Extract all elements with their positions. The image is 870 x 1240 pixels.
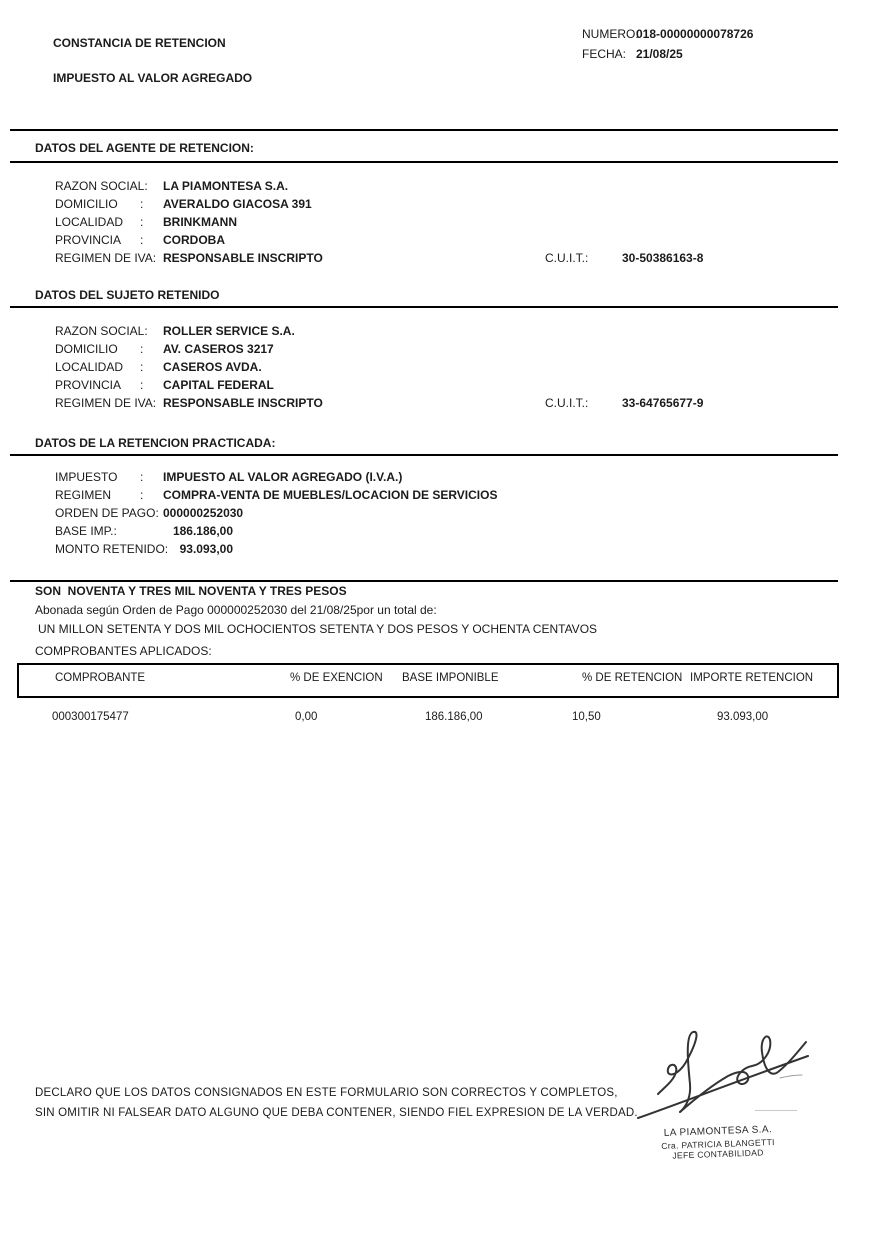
cell-base-imponible: 186.186,00: [425, 711, 483, 723]
field-label: RAZON SOCIAL: [55, 179, 144, 193]
field-value: AVERALDO GIACOSA 391: [163, 197, 312, 211]
fecha-label: FECHA:: [582, 47, 626, 61]
agente-section-heading: DATOS DEL AGENTE DE RETENCION:: [35, 141, 254, 155]
sujeto-cuit-value: 33-64765677-9: [622, 396, 703, 410]
field-row: BASE IMP.:186.186,00: [55, 524, 168, 542]
numero-value: 018-00000000078726: [636, 27, 753, 41]
field-row: PROVINCIA:CAPITAL FEDERAL: [55, 378, 156, 396]
field-row: REGIMEN DE IVA:RESPONSABLE INSCRIPTO: [55, 251, 156, 269]
cell-exencion: 0,00: [295, 711, 317, 723]
field-value: CASEROS AVDA.: [163, 360, 262, 374]
divider: [10, 454, 838, 456]
divider: [10, 580, 838, 582]
field-value: RESPONSABLE INSCRIPTO: [163, 251, 323, 265]
declaration-line-1: DECLARO QUE LOS DATOS CONSIGNADOS EN EST…: [35, 1087, 618, 1099]
field-label: MONTO RETENIDO: [55, 542, 165, 556]
field-label: LOCALIDAD: [55, 360, 140, 374]
sujeto-cuit-label: C.U.I.T.:: [545, 396, 588, 410]
document-title: CONSTANCIA DE RETENCION: [53, 36, 226, 50]
colon: :: [155, 506, 158, 520]
field-row: PROVINCIA:CORDOBA: [55, 233, 156, 251]
field-row: DOMICILIO:AVERALDO GIACOSA 391: [55, 197, 156, 215]
total-in-words-line: UN MILLON SETENTA Y DOS MIL OCHOCIENTOS …: [38, 622, 597, 636]
col-header-exencion: % DE EXENCION: [290, 672, 383, 684]
divider: [10, 129, 838, 131]
agente-cuit-label: C.U.I.T.:: [545, 251, 588, 265]
fecha-value: 21/08/25: [636, 47, 683, 61]
cell-importe: 93.093,00: [717, 711, 768, 723]
col-header-retencion: % DE RETENCION: [582, 672, 682, 684]
col-header-comprobante: COMPROBANTE: [55, 672, 145, 684]
field-row: RAZON SOCIAL:LA PIAMONTESA S.A.: [55, 179, 156, 197]
field-row: REGIMEN DE IVA:RESPONSABLE INSCRIPTO: [55, 396, 156, 414]
comprobantes-heading: COMPROBANTES APLICADOS:: [35, 644, 212, 658]
agente-rows: RAZON SOCIAL:LA PIAMONTESA S.A. DOMICILI…: [55, 179, 156, 269]
agente-cuit-value: 30-50386163-8: [622, 251, 703, 265]
field-value: CORDOBA: [163, 233, 225, 247]
signature-underline-mark: [755, 1110, 797, 1111]
field-label: IMPUESTO: [55, 470, 140, 484]
colon: :: [140, 197, 143, 211]
colon: :: [144, 324, 147, 338]
handwritten-signature: [630, 1018, 830, 1131]
col-header-importe: IMPORTE RETENCION: [690, 672, 813, 684]
numero-label: NUMERO:: [582, 27, 639, 41]
colon: :: [140, 215, 143, 229]
declaration-line-2: SIN OMITIR NI FALSEAR DATO ALGUNO QUE DE…: [35, 1107, 638, 1119]
field-label: PROVINCIA: [55, 233, 140, 247]
field-row: IMPUESTO:IMPUESTO AL VALOR AGREGADO (I.V…: [55, 470, 168, 488]
retencion-rows: IMPUESTO:IMPUESTO AL VALOR AGREGADO (I.V…: [55, 470, 168, 560]
colon: :: [140, 470, 143, 484]
cell-comprobante: 000300175477: [52, 711, 129, 723]
field-value: AV. CASEROS 3217: [163, 342, 274, 356]
field-row: RAZON SOCIAL:ROLLER SERVICE S.A.: [55, 324, 156, 342]
payment-order-line: Abonada según Orden de Pago 000000252030…: [35, 603, 437, 617]
field-label: DOMICILIO: [55, 197, 140, 211]
field-value: CAPITAL FEDERAL: [163, 378, 274, 392]
field-row: REGIMEN:COMPRA-VENTA DE MUEBLES/LOCACION…: [55, 488, 168, 506]
colon: :: [113, 524, 116, 538]
divider: [10, 161, 838, 163]
field-row: LOCALIDAD:BRINKMANN: [55, 215, 156, 233]
divider: [10, 306, 838, 308]
colon: :: [140, 233, 143, 247]
signature-strokes: [630, 1018, 830, 1128]
col-header-base-imponible: BASE IMPONIBLE: [402, 672, 499, 684]
colon: :: [144, 179, 147, 193]
field-value: ROLLER SERVICE S.A.: [163, 324, 295, 338]
field-row: LOCALIDAD:CASEROS AVDA.: [55, 360, 156, 378]
field-label: REGIMEN DE IVA: [55, 251, 153, 265]
field-label: LOCALIDAD: [55, 215, 140, 229]
colon: :: [140, 342, 143, 356]
field-label: RAZON SOCIAL: [55, 324, 144, 338]
retention-certificate-document: CONSTANCIA DE RETENCION IMPUESTO AL VALO…: [0, 0, 870, 1240]
field-label: BASE IMP.: [55, 524, 113, 538]
field-label: PROVINCIA: [55, 378, 140, 392]
colon: :: [153, 251, 156, 265]
field-row: MONTO RETENIDO:93.093,00: [55, 542, 168, 560]
colon: :: [140, 488, 143, 502]
field-value: RESPONSABLE INSCRIPTO: [163, 396, 323, 410]
field-label: REGIMEN DE IVA: [55, 396, 153, 410]
field-value: IMPUESTO AL VALOR AGREGADO (I.V.A.): [163, 470, 402, 484]
field-value: BRINKMANN: [163, 215, 237, 229]
field-label: ORDEN DE PAGO: [55, 506, 155, 520]
cell-retencion: 10,50: [572, 711, 601, 723]
amount-in-words-line: SON NOVENTA Y TRES MIL NOVENTA Y TRES PE…: [35, 584, 347, 598]
colon: :: [140, 378, 143, 392]
field-value: 186.186,00: [163, 524, 233, 538]
field-row: DOMICILIO:AV. CASEROS 3217: [55, 342, 156, 360]
field-value: 000000252030: [163, 506, 243, 520]
document-subtitle: IMPUESTO AL VALOR AGREGADO: [53, 71, 252, 85]
field-label: REGIMEN: [55, 488, 140, 502]
colon: :: [153, 396, 156, 410]
field-label: DOMICILIO: [55, 342, 140, 356]
retencion-section-heading: DATOS DE LA RETENCION PRACTICADA:: [35, 436, 275, 450]
sujeto-rows: RAZON SOCIAL:ROLLER SERVICE S.A. DOMICIL…: [55, 324, 156, 414]
field-value: COMPRA-VENTA DE MUEBLES/LOCACION DE SERV…: [163, 488, 497, 502]
field-value: LA PIAMONTESA S.A.: [163, 179, 288, 193]
colon: :: [140, 360, 143, 374]
field-value: 93.093,00: [163, 542, 233, 556]
field-row: ORDEN DE PAGO:000000252030: [55, 506, 168, 524]
sujeto-section-heading: DATOS DEL SUJETO RETENIDO: [35, 288, 219, 302]
